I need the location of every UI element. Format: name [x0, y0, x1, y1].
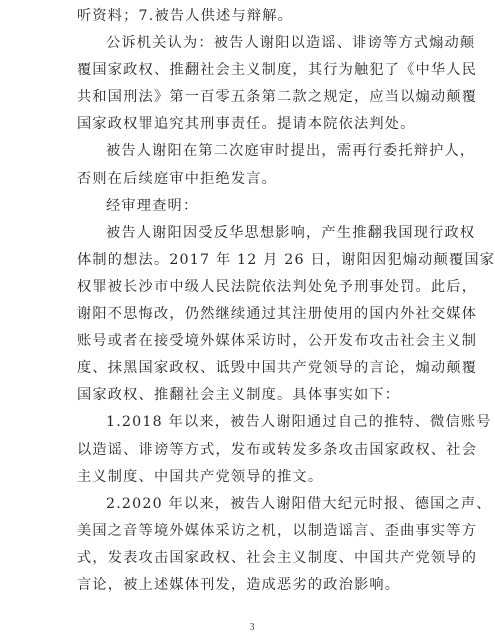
page-number: 3 [244, 622, 260, 633]
text-line: 以造谣、诽谤等方式，发布或转发多条攻击国家政权、社会 [77, 437, 435, 464]
paragraph-start-line: 被告人谢阳因受反华思想影响，产生推翻我国现行政权 [77, 220, 435, 247]
document-page: 听资料；7.被告人供述与辩解。 公诉机关认为：被告人谢阳以造谣、诽谤等方式煽动颠… [0, 0, 495, 640]
text-line: 谢阳不思悔改，仍然继续通过其注册使用的国内外社交媒体 [77, 301, 435, 328]
text-line: 权罪被长沙市中级人民法院依法判处免予刑事处罚。此后， [77, 274, 435, 301]
text-line: 否则在后续庭审中拒绝发言。 [77, 166, 435, 193]
text-line: 账号或者在接受境外媒体采访时，公开发布攻击社会主义制 [77, 328, 435, 355]
text-line: 主义制度、中国共产党领导的推文。 [77, 464, 435, 491]
paragraph-start-line: 被告人谢阳在第二次庭审时提出，需再行委托辩护人， [77, 138, 435, 165]
section-heading: 经审理查明： [77, 193, 435, 220]
paragraph-start-line: 公诉机关认为：被告人谢阳以造谣、诽谤等方式煽动颠 [77, 30, 435, 57]
text-line: 体制的想法。2017 年 12 月 26 日，谢阳因犯煽动颠覆国家政 [77, 247, 435, 274]
text-line: 美国之音等境外媒体采访之机，以制造谣言、歪曲事实等方 [77, 518, 435, 545]
text-line: 言论，被上述媒体刊发，造成恶劣的政治影响。 [77, 572, 435, 599]
list-item-1-start: 1.2018 年以来，被告人谢阳通过自己的推特、微信账号 [77, 409, 435, 436]
text-line: 听资料；7.被告人供述与辩解。 [77, 3, 435, 30]
text-line: 覆国家政权、推翻社会主义制度，其行为触犯了《中华人民 [77, 57, 435, 84]
text-line: 度、抹黑国家政权、诋毁中国共产党领导的言论，煽动颠覆 [77, 355, 435, 382]
text-line: 国家政权罪追究其刑事责任。提请本院依法判处。 [77, 111, 435, 138]
text-line: 国家政权、推翻社会主义制度。具体事实如下： [77, 382, 435, 409]
list-item-2-start: 2.2020 年以来，被告人谢阳借大纪元时报、德国之声、 [77, 491, 435, 518]
text-line: 式，发表攻击国家政权、社会主义制度、中国共产党领导的 [77, 545, 435, 572]
document-body: 听资料；7.被告人供述与辩解。 公诉机关认为：被告人谢阳以造谣、诽谤等方式煽动颠… [77, 3, 435, 599]
text-line: 共和国刑法》第一百零五条第二款之规定，应当以煽动颠覆 [77, 84, 435, 111]
